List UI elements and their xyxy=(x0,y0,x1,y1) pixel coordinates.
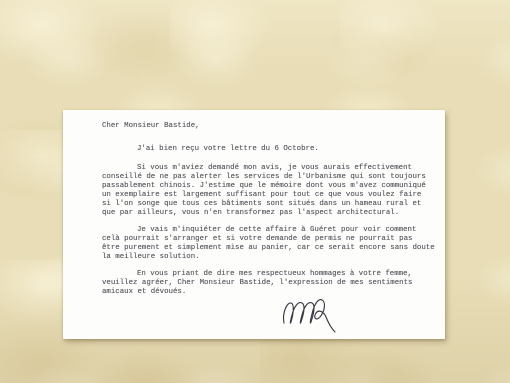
letter-paper: Cher Monsieur Bastide, J'ai bien reçu vo… xyxy=(63,110,445,339)
intro-line: J'ai bien reçu votre lettre du 6 Octobre… xyxy=(102,145,441,154)
paragraph-closing: En vous priant de dire mes respectueux h… xyxy=(102,270,441,297)
paragraph-gueret: Je vais m'inquiéter de cette affaire à G… xyxy=(102,226,441,262)
letter-photograph: Cher Monsieur Bastide, J'ai bien reçu vo… xyxy=(0,0,510,383)
salutation: Cher Monsieur Bastide, xyxy=(102,122,441,131)
paragraph-urbanisme: Si vous m'aviez demandé mon avis, je vou… xyxy=(102,164,441,218)
signature-scribble xyxy=(279,296,353,334)
